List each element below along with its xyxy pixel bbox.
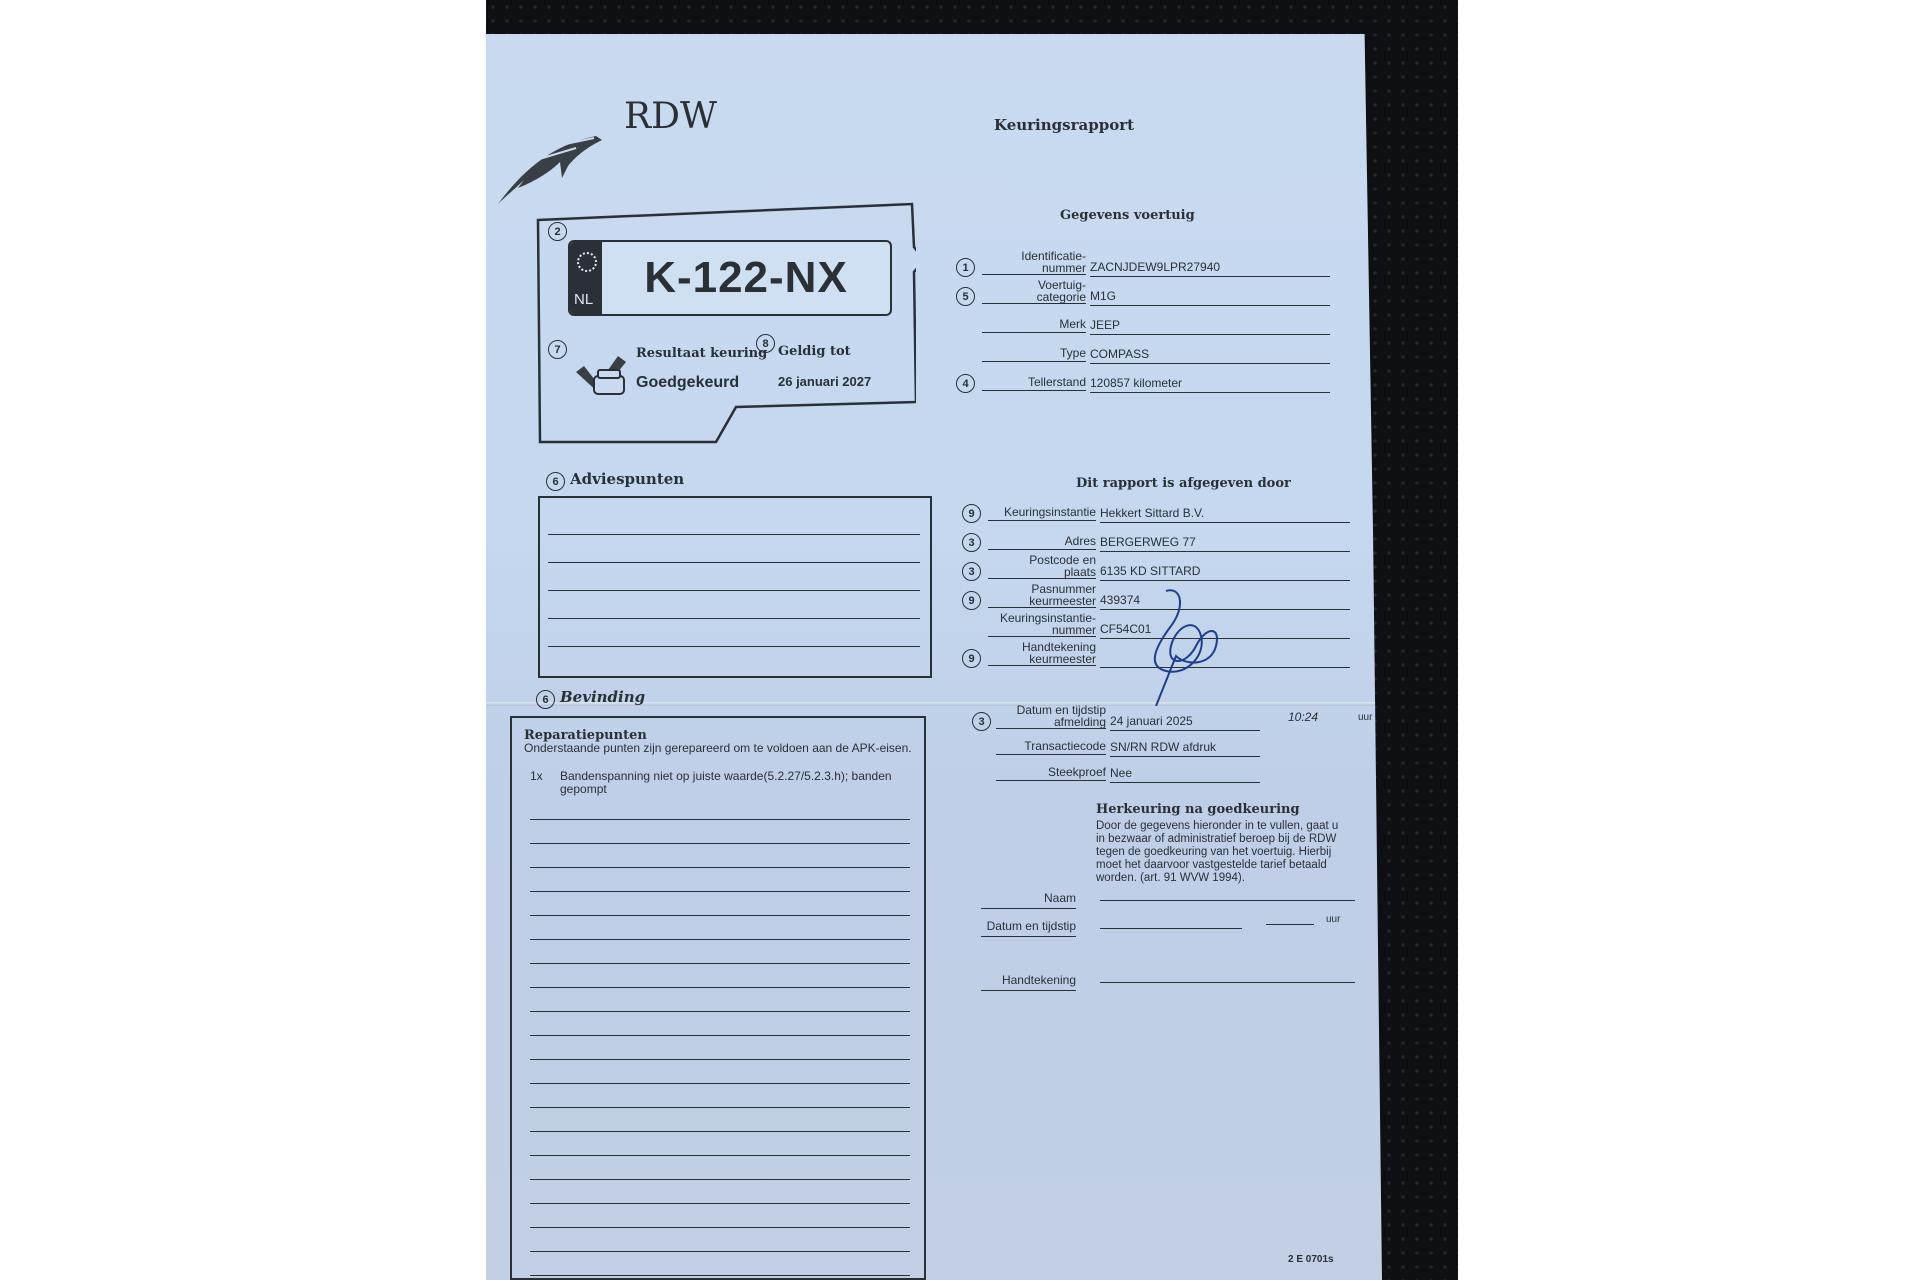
vehicle-field-value: M1G (1090, 289, 1116, 303)
repair-intro: Onderstaande punten zijn gerepareerd om … (524, 742, 914, 755)
reinspection-signature-label: Handtekening (946, 974, 1076, 986)
reinspection-date-input[interactable] (1100, 928, 1242, 929)
marker-6-advice: 6 (546, 472, 565, 491)
findings-heading: Bevinding (560, 688, 645, 706)
vehicle-field-label: Merk (972, 318, 1086, 330)
reinspection-name-input[interactable] (1100, 900, 1355, 901)
car-approved-icon (574, 354, 634, 399)
findings-line (530, 1035, 910, 1036)
issuer-field-label: Postcode en plaats (978, 554, 1096, 578)
vehicle-field-label: Tellerstand (972, 376, 1086, 388)
vehicle-heading: Gegevens voertuig (1060, 208, 1195, 223)
vehicle-field-value: ZACNJDEW9LPR27940 (1090, 260, 1220, 274)
repair-item-text: Bandenspanning niet op juiste waarde(5.2… (560, 770, 910, 796)
vehicle-field-value: 120857 kilometer (1090, 376, 1182, 390)
advice-heading: Adviespunten (570, 470, 684, 488)
time-unit: uur (1358, 712, 1372, 723)
findings-line (530, 1251, 910, 1252)
marker-6-findings: 6 (536, 690, 555, 709)
registration-field-label: Steekproef (986, 766, 1106, 778)
issuer-field-value: BERGERWEG 77 (1100, 535, 1196, 549)
findings-line (530, 1131, 910, 1132)
registration-field-value: SN/RN RDW afdruk (1110, 740, 1216, 754)
document-photo: RDW Keuringsrapport 2 NL K-122-NX 7 Resu… (486, 0, 1458, 1280)
findings-line (530, 843, 910, 844)
findings-line (530, 819, 910, 820)
issuer-field-label: Adres (978, 535, 1096, 547)
reinspection-text: Door de gegevens hieronder in te vullen,… (1096, 820, 1346, 885)
plate-country: NL (574, 291, 593, 308)
issuer-field-label: Pasnummer keurmeester (978, 583, 1096, 607)
registration-field-label: Transactiecode (986, 740, 1106, 752)
registration-field-value: Nee (1110, 766, 1132, 780)
reinspection-heading: Herkeuring na goedkeuring (1096, 802, 1300, 817)
marker-8: 8 (756, 334, 775, 353)
issuer-field-label: Keuringsinstantie- nummer (978, 612, 1096, 636)
findings-line (530, 1059, 910, 1060)
reinspection-datetime-label: Datum en tijdstip (946, 920, 1076, 932)
findings-line (530, 939, 910, 940)
findings-line (530, 1179, 910, 1180)
page-title: Keuringsrapport (994, 116, 1134, 134)
issuer-field-label: Keuringsinstantie (978, 506, 1096, 518)
vehicle-field-label: Type (972, 347, 1086, 359)
issuer-field-label: Handtekening keurmeester (978, 641, 1096, 665)
advice-box[interactable] (538, 496, 932, 678)
reinspection-signature-input[interactable] (1100, 982, 1355, 983)
result-label: Resultaat keuring (636, 346, 767, 361)
marker-2: 2 (548, 222, 567, 241)
findings-line (530, 1203, 910, 1204)
vehicle-field-label: Voertuig- categorie (972, 279, 1086, 303)
repair-item-qty: 1x (530, 770, 543, 783)
findings-line (530, 1107, 910, 1108)
findings-line (530, 1275, 910, 1276)
findings-line (530, 987, 910, 988)
findings-line (530, 1227, 910, 1228)
marker-7: 7 (548, 340, 567, 359)
valid-value: 26 januari 2027 (778, 374, 871, 389)
findings-line (530, 1155, 910, 1156)
vehicle-field-value: JEEP (1090, 318, 1120, 332)
issuer-field-value: Hekkert Sittard B.V. (1100, 506, 1204, 520)
time-value: 10:24 (1288, 710, 1318, 724)
reinspection-name-label: Naam (946, 892, 1076, 904)
result-value: Goedgekeurd (636, 374, 739, 392)
findings-line (530, 1011, 910, 1012)
vehicle-field-label: Identificatie- nummer (972, 250, 1086, 274)
plate-number: K-122-NX (602, 242, 890, 314)
issuer-field-value: 6135 KD SITTARD (1100, 564, 1200, 578)
inspection-report-paper: RDW Keuringsrapport 2 NL K-122-NX 7 Resu… (486, 34, 1382, 1280)
eu-flag-icon: NL (570, 242, 602, 314)
brand-name: RDW (624, 96, 717, 137)
license-plate: NL K-122-NX (568, 240, 892, 316)
findings-line (530, 963, 910, 964)
reinspection-unit: uur (1326, 914, 1340, 925)
reinspection-time-input[interactable] (1266, 924, 1314, 925)
valid-label: Geldig tot (778, 344, 851, 359)
registration-field-label: Datum en tijdstip afmelding (986, 704, 1106, 728)
findings-line (530, 891, 910, 892)
findings-line (530, 915, 910, 916)
form-code: 2 E 0701s (1288, 1254, 1334, 1265)
findings-box (510, 716, 926, 1280)
findings-line (530, 1083, 910, 1084)
registration-field-value: 24 januari 2025 (1110, 714, 1193, 728)
issuer-heading: Dit rapport is afgegeven door (1076, 476, 1291, 491)
vehicle-field-value: COMPASS (1090, 347, 1149, 361)
findings-line (530, 867, 910, 868)
signature-scribble (1126, 586, 1236, 706)
rdw-feather-logo-icon (496, 126, 606, 206)
